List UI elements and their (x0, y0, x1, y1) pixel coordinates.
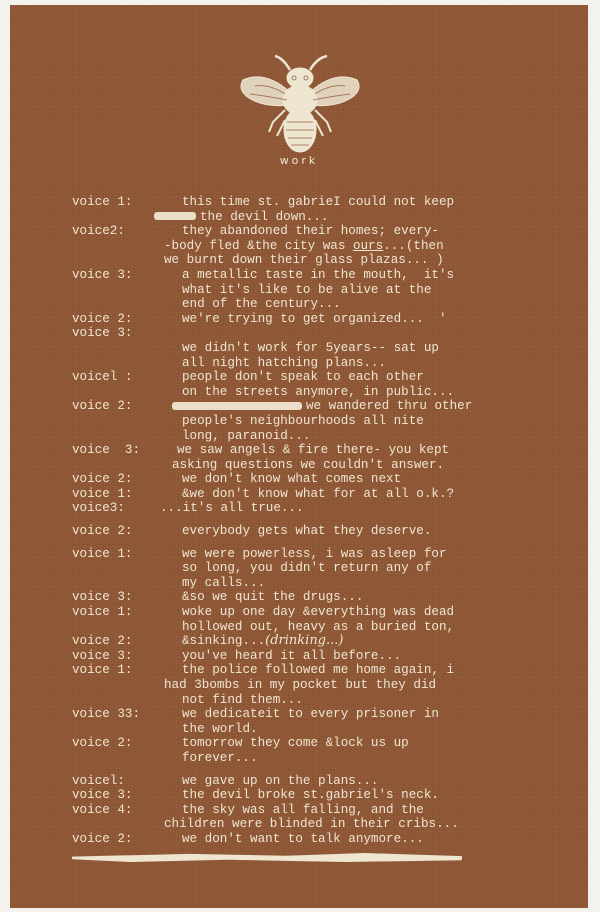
script-line: voice 2:we're trying to get organized...… (72, 312, 572, 327)
speaker-label: voice 1: (72, 487, 132, 502)
line-text: hollowed out, heavy as a buried ton, (182, 620, 454, 635)
speaker-label: voice 2: (72, 524, 132, 539)
speaker-label: voice 3: (72, 590, 132, 605)
line-text: we don't know what comes next (182, 472, 401, 487)
speaker-label: voice 3: (72, 443, 140, 458)
script-line: so long, you didn't return any of (72, 561, 572, 576)
line-text: a metallic taste in the mouth, it's (182, 268, 454, 283)
script-line: voice 2:we don't know what comes next (72, 472, 572, 487)
speaker-label: voice 3: (72, 788, 132, 803)
speaker-label: voice 2: (72, 634, 132, 649)
script-line: forever... (72, 751, 572, 766)
script-line: the world. (72, 722, 572, 737)
script-line: voice 1:we were powerless, i was asleep … (72, 547, 572, 562)
speaker-label: voice 4: (72, 803, 132, 818)
line-text: all night hatching plans... (182, 356, 386, 371)
line-text: on the streets anymore, in public... (182, 385, 454, 400)
line-text: this time st. gabrieI could not keep (182, 195, 454, 210)
line-text: &we don't know what for at all o.k.? (182, 487, 454, 502)
line-text: they abandoned their homes; every- (182, 224, 439, 239)
line-text: people don't speak to each other (182, 370, 424, 385)
speaker-label: voice3: (72, 501, 125, 516)
script-line: voicel :people don't speak to each other (72, 370, 572, 385)
script-line: voice3:...it's all true... (72, 501, 572, 516)
handwritten-annotation: (drinking...) (265, 633, 343, 648)
script-line: had 3bombs in my pocket but they did (72, 678, 572, 693)
line-text: we wandered thru other (172, 399, 472, 414)
speaker-label: voicel: (72, 774, 125, 789)
line-text: we didn't work for 5years-- sat up (182, 341, 439, 356)
speaker-label: voicel : (72, 370, 132, 385)
script-line: voice 3:you've heard it all before... (72, 649, 572, 664)
speaker-label: voice 2: (72, 312, 132, 327)
whiteout-mark (154, 212, 196, 220)
line-text: we're trying to get organized... ' (182, 312, 447, 327)
script-line: voice 1:woke up one day &everything was … (72, 605, 572, 620)
line-text: &so we quit the drugs... (182, 590, 363, 605)
line-text: tomorrow they come &lock us up (182, 736, 409, 751)
script-line: what it's like to be alive at the (72, 283, 572, 298)
line-text: you've heard it all before... (182, 649, 401, 664)
line-text: &sinking...(drinking...) (182, 634, 343, 649)
speaker-label: voice 1: (72, 663, 132, 678)
script-line: voice 33:we dedicateit to every prisoner… (72, 707, 572, 722)
line-text: long, paranoid... (182, 429, 310, 444)
script-line: voicel:we gave up on the plans... (72, 774, 572, 789)
line-text: the devil down... (154, 210, 328, 225)
speaker-label: voice 3: (72, 268, 132, 283)
document-page: work voice 1:this time st. gabrieI could… (10, 5, 588, 908)
line-text: had 3bombs in my pocket but they did (164, 678, 436, 693)
speaker-label: voice 1: (72, 195, 132, 210)
line-text: the world. (182, 722, 258, 737)
speaker-label: voice 3: (72, 326, 132, 341)
script-body: voice 1:this time st. gabrieI could not … (72, 195, 572, 847)
line-text: people's neighbourhoods all nite (182, 414, 424, 429)
script-line: -body fled &the city was ours...(then (72, 239, 572, 254)
speaker-label: voice 2: (72, 832, 132, 847)
line-text: not find them... (182, 693, 303, 708)
script-line: voice 3: (72, 326, 572, 341)
line-text: we don't want to talk anymore... (182, 832, 424, 847)
script-line: end of the century... (72, 297, 572, 312)
line-text: everybody gets what they deserve. (182, 524, 431, 539)
script-line: voice 1:&we don't know what for at all o… (72, 487, 572, 502)
speaker-label: voice 1: (72, 547, 132, 562)
line-text: -body fled &the city was ours...(then (164, 239, 444, 254)
script-line: voice 2:we wandered thru other (72, 399, 572, 414)
script-line: hollowed out, heavy as a buried ton, (72, 620, 572, 635)
line-text: we were powerless, i was asleep for (182, 547, 447, 562)
line-text: end of the century... (182, 297, 341, 312)
script-line: voice 2:tomorrow they come &lock us up (72, 736, 572, 751)
speaker-label: voice 2: (72, 736, 132, 751)
script-line: voice 2:everybody gets what they deserve… (72, 524, 572, 539)
script-line: voice 3:a metallic taste in the mouth, i… (72, 268, 572, 283)
underlined-word: ours (353, 239, 383, 253)
script-line: my calls... (72, 576, 572, 591)
speaker-label: voice 2: (72, 399, 132, 414)
script-line: voice 4:the sky was all falling, and the (72, 803, 572, 818)
line-text: we burnt down their glass plazas... ) (164, 253, 444, 268)
line-text: we dedicateit to every prisoner in (182, 707, 439, 722)
speaker-label: voice 2: (72, 472, 132, 487)
line-text: my calls... (182, 576, 265, 591)
line-text: the devil broke st.gabriel's neck. (182, 788, 439, 803)
line-text: we saw angels & fire there- you kept (177, 443, 449, 458)
script-line: voice 3:we saw angels & fire there- you … (72, 443, 572, 458)
line-text: woke up one day &everything was dead (182, 605, 454, 620)
script-line: people's neighbourhoods all nite (72, 414, 572, 429)
document-title: work (10, 154, 588, 167)
script-line: voice2:they abandoned their homes; every… (72, 224, 572, 239)
speaker-label: voice 33: (72, 707, 140, 722)
script-line: children were blinded in their cribs... (72, 817, 572, 832)
script-line: voice 2:&sinking...(drinking...) (72, 634, 572, 649)
line-text: we gave up on the plans... (182, 774, 379, 789)
script-line: the devil down... (72, 210, 572, 225)
line-text: what it's like to be alive at the (182, 283, 431, 298)
script-line: voice 1:this time st. gabrieI could not … (72, 195, 572, 210)
line-text: children were blinded in their cribs... (164, 817, 459, 832)
speaker-label: voice2: (72, 224, 125, 239)
script-line: voice 1:the police followed me home agai… (72, 663, 572, 678)
speaker-label: voice 1: (72, 605, 132, 620)
speaker-label: voice 3: (72, 649, 132, 664)
script-line: we burnt down their glass plazas... ) (72, 253, 572, 268)
whiteout-mark (172, 402, 302, 410)
script-line: long, paranoid... (72, 429, 572, 444)
line-text: the sky was all falling, and the (182, 803, 424, 818)
line-text: so long, you didn't return any of (182, 561, 431, 576)
script-line: we didn't work for 5years-- sat up (72, 341, 572, 356)
script-line: all night hatching plans... (72, 356, 572, 371)
script-line: asking questions we couldn't answer. (72, 458, 572, 473)
handwritten-strike-mark (72, 853, 462, 862)
script-line: voice 3:&so we quit the drugs... (72, 590, 572, 605)
script-line: voice 2:we don't want to talk anymore... (72, 832, 572, 847)
line-text: forever... (182, 751, 258, 766)
line-text: ...it's all true... (160, 501, 304, 516)
bee-icon (235, 50, 365, 155)
script-line: not find them... (72, 693, 572, 708)
script-line: on the streets anymore, in public... (72, 385, 572, 400)
script-line: voice 3:the devil broke st.gabriel's nec… (72, 788, 572, 803)
line-text: asking questions we couldn't answer. (172, 458, 444, 473)
line-text: the police followed me home again, i (182, 663, 454, 678)
